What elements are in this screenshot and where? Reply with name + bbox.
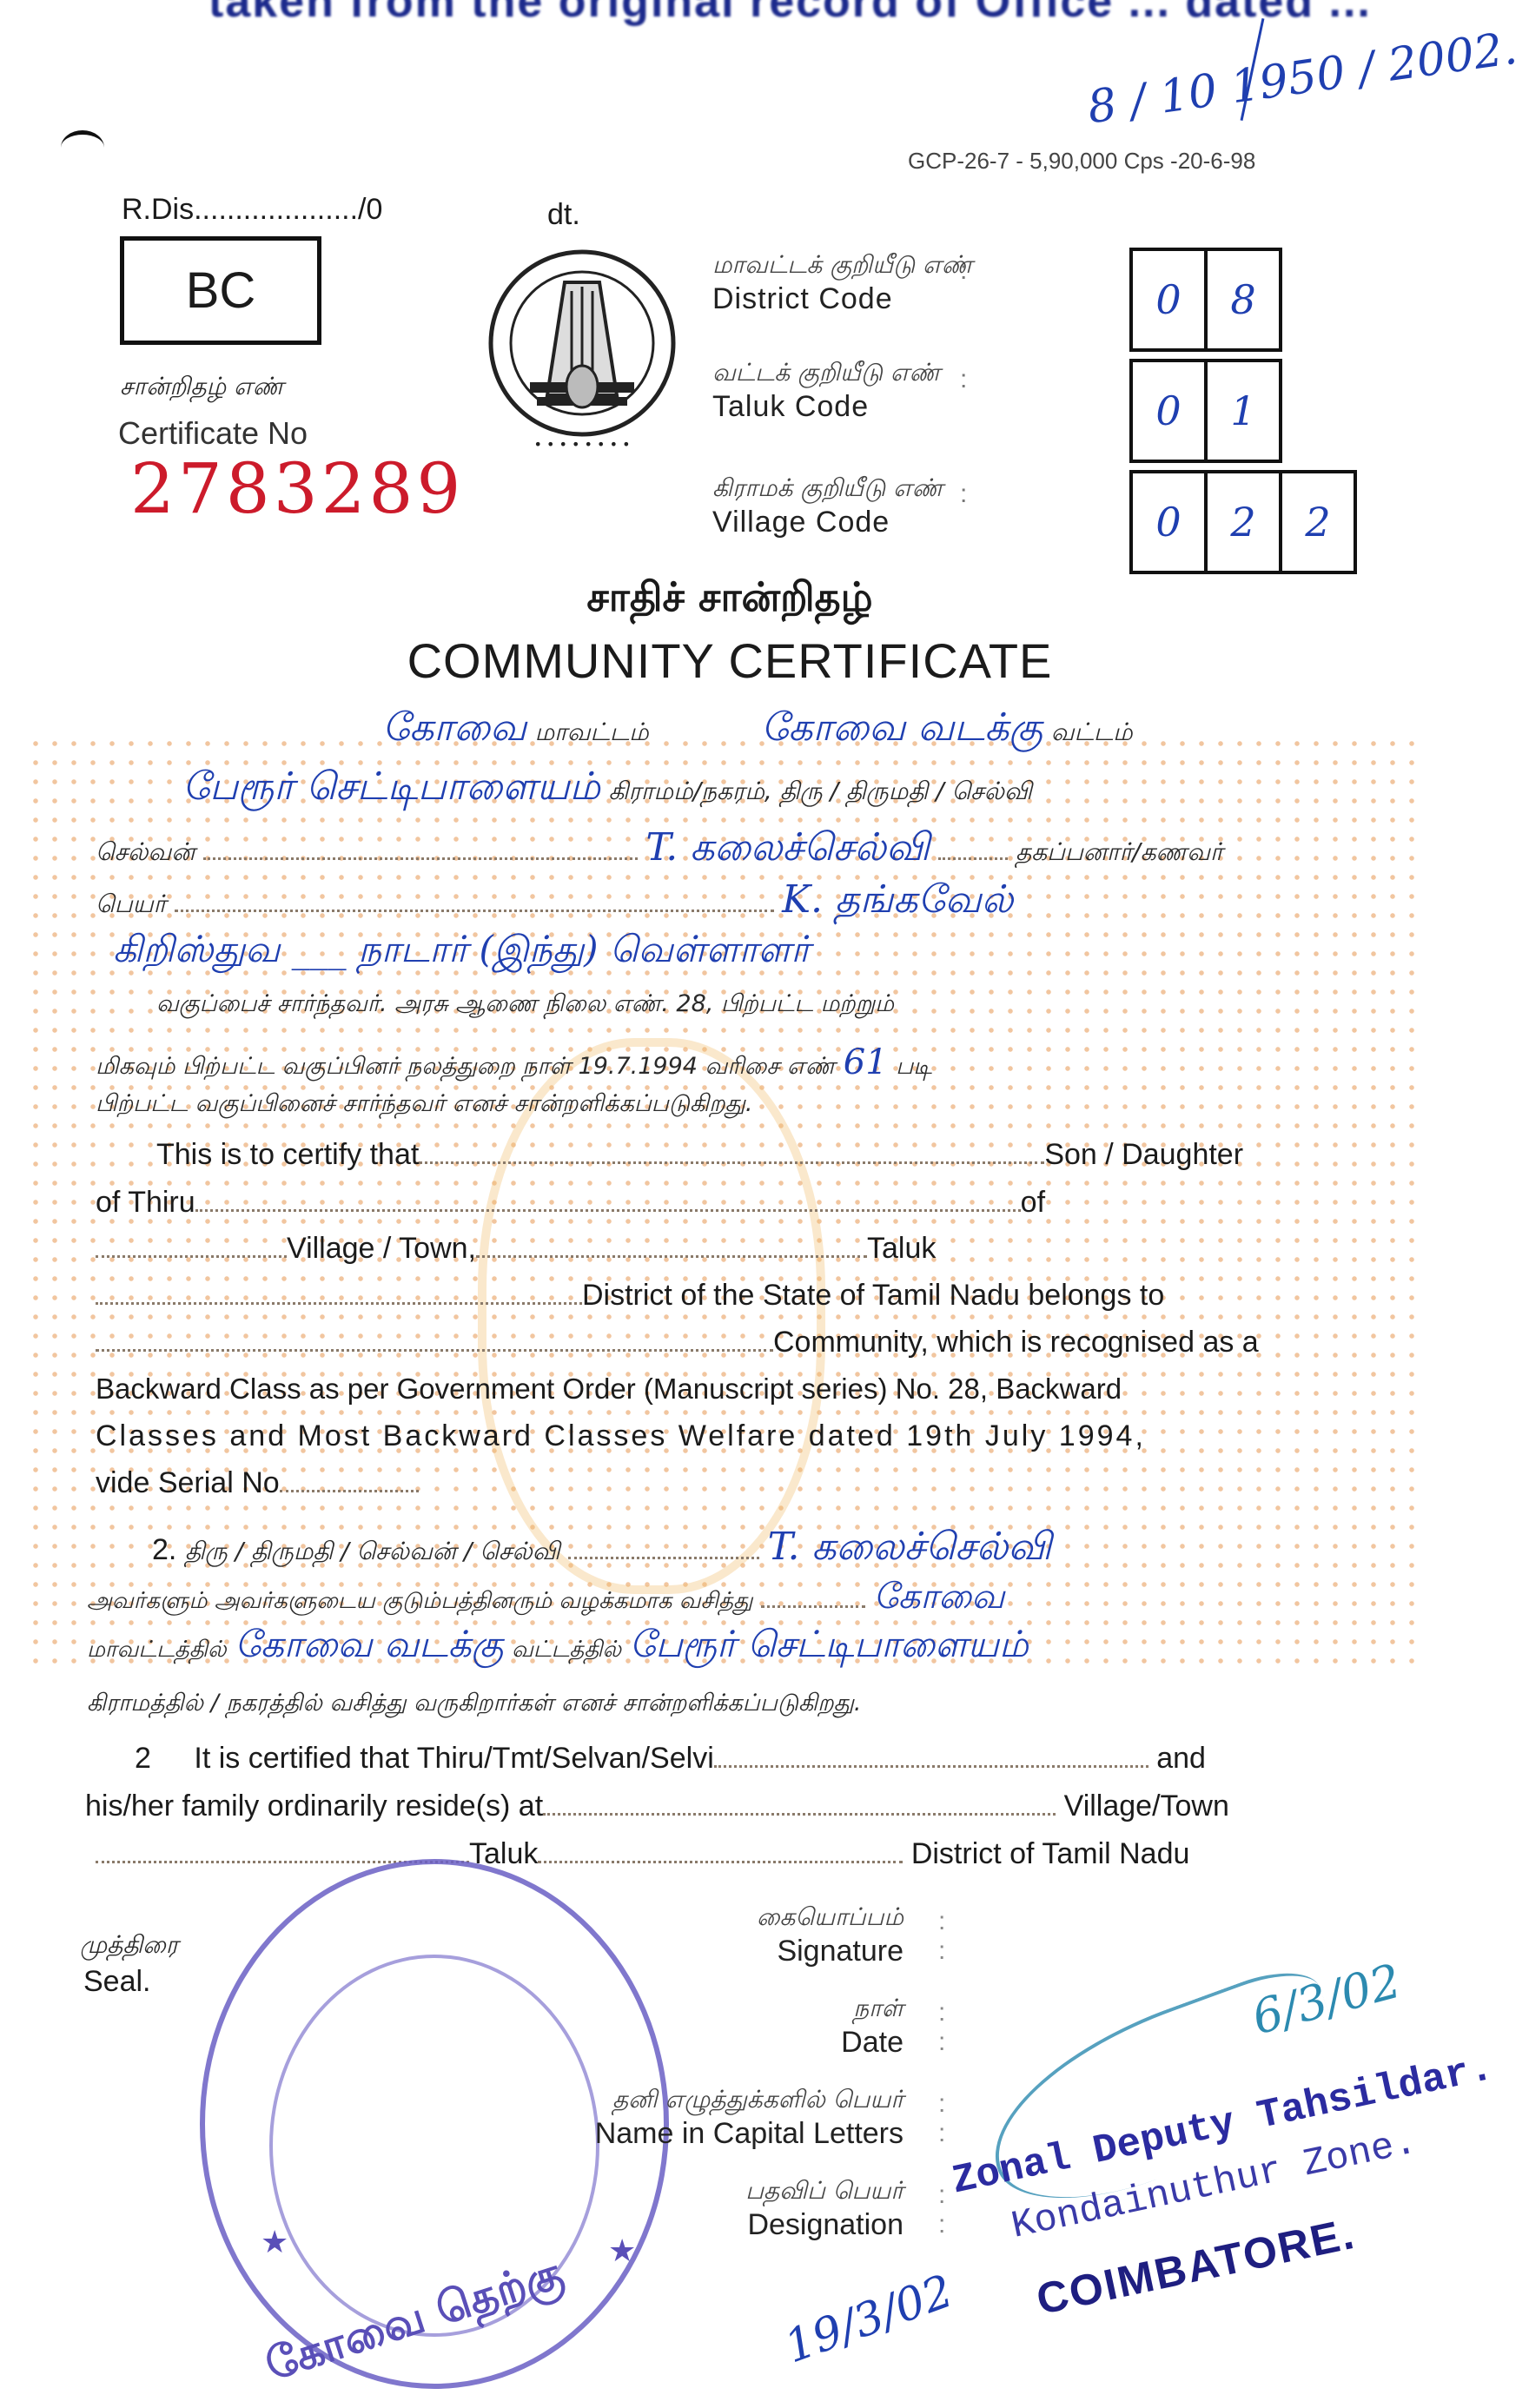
- certificate-no-label-ta: சான்றிதழ் எண்: [120, 372, 284, 404]
- village-code-digit-3: 2: [1279, 470, 1357, 574]
- residence-english-line-2: his/her family ordinarily reside(s) at V…: [85, 1789, 1229, 1823]
- tamil-line-community: கிறிஸ்துவ ___ நாடார் (இந்து) வெள்ளாளர்: [113, 928, 810, 976]
- colon: :: [960, 365, 967, 394]
- english-line-1: This is to certify thatSon / Daughter: [156, 1138, 1243, 1172]
- certificate-no-label: Certificate No: [118, 415, 308, 452]
- tamil-line-person: செல்வன் T. கலைச்செல்வி தகப்பனார்/கணவர்: [96, 825, 1223, 875]
- corner-mark: [61, 130, 104, 165]
- english-line-6: Backward Class as per Government Order (…: [96, 1373, 1122, 1406]
- title-english: COMMUNITY CERTIFICATE: [0, 632, 1459, 689]
- taluk-code-label: வட்டக் குறியீடு எண் Taluk Code: [712, 358, 940, 424]
- tamil-order-line-2: மிகவும் பிற்பட்ட வகுப்பினர் நலத்துறை நாள…: [96, 1042, 932, 1083]
- designation-label: பதவிப் பெயர் Designation: [745, 2176, 903, 2242]
- r-dis-label: R.Dis..................../0: [122, 193, 382, 227]
- svg-text:• • • • • • • •: • • • • • • • •: [533, 436, 630, 453]
- certificate-number: 2783289: [130, 448, 464, 529]
- initial-date: 19/3/02: [778, 2266, 960, 2374]
- category-badge: BC: [120, 236, 321, 345]
- signature-label: கையொப்பம் Signature: [757, 1902, 903, 1968]
- english-line-8: vide Serial No: [96, 1466, 419, 1500]
- seal-label: Seal.: [83, 1965, 151, 1999]
- village-code-label: கிராமக் குறியீடு எண் Village Code: [712, 473, 943, 539]
- top-cut-off-text: taken from the original record of Office…: [208, 0, 1372, 28]
- print-code: GCP-26-7 - 5,90,000 Cps -20-6-98: [908, 148, 1255, 175]
- star-icon: ★: [261, 2224, 288, 2260]
- tamil-order-line-1: வகுப்பைச் சார்ந்தவர். அரசு ஆணை நிலை எண்.…: [156, 990, 894, 1021]
- english-line-7: Classes and Most Backward Classes Welfar…: [96, 1419, 1146, 1453]
- residence-english-line-1: 2 It is certified that Thiru/Tmt/Selvan/…: [135, 1742, 1206, 1776]
- colon: ::: [938, 1998, 945, 2057]
- english-line-3: Village / Town,Taluk: [96, 1232, 936, 1266]
- district-code-label: மாவட்டக் குறியீடு எண் District Code: [712, 250, 973, 316]
- village-code-digit-2: 2: [1204, 470, 1282, 574]
- tamil-order-line-3: பிற்பட்ட வகுப்பினைச் சார்ந்தவர் எனச் சான…: [96, 1090, 753, 1121]
- taluk-code-digit-2: 1: [1204, 359, 1282, 463]
- residence-tamil-line-3: மாவட்டத்தில் கோவை வடக்கு வட்டத்தில் பேரூ…: [87, 1623, 1029, 1670]
- tamil-line-district: கோவை மாவட்டம் கோவை வடக்கு வட்டம்: [382, 705, 1133, 755]
- tamil-line-village: பேரூர் செட்டிபாளையம் கிராமம்/நகரம், திரு…: [182, 764, 1032, 814]
- colon: :: [960, 256, 967, 286]
- colon: ::: [938, 1907, 945, 1966]
- residence-tamil-line-1: 2. திரு / திருமதி / செல்வன் / செல்வி T. …: [152, 1525, 1051, 1574]
- residence-tamil-line-4: கிராமத்தில் / நகரத்தில் வசித்து வருகிறார…: [87, 1690, 861, 1720]
- english-line-2: of Thiruof: [96, 1186, 1045, 1220]
- colon: :: [960, 480, 967, 509]
- tamil-nadu-emblem-icon: • • • • • • • •: [469, 248, 695, 456]
- english-line-4: District of the State of Tamil Nadu belo…: [96, 1279, 1164, 1313]
- title-tamil: சாதிச் சான்றிதழ்: [0, 573, 1459, 626]
- district-code-digit-1: 0: [1129, 248, 1208, 352]
- district-code-digit-2: 8: [1204, 248, 1282, 352]
- dt-label: dt.: [547, 198, 580, 232]
- residence-english-line-3: Taluk District of Tamil Nadu: [96, 1837, 1189, 1871]
- taluk-code-digit-1: 0: [1129, 359, 1208, 463]
- village-code-digit-1: 0: [1129, 470, 1208, 574]
- residence-tamil-line-2: அவர்களும் அவர்களுடைய குடும்பத்தினரும் வழ…: [87, 1577, 1004, 1621]
- colon: ::: [938, 2089, 945, 2148]
- date-label: நாள் Date: [841, 1994, 903, 2060]
- name-label: தனி எழுத்துக்களில் பெயர் Name in Capital…: [595, 2085, 903, 2151]
- english-line-5: Community, which is recognised as a: [96, 1326, 1259, 1359]
- handwritten-note: 8 / 10 1950 / 2002.: [1084, 23, 1520, 135]
- seal-label-ta: முத்திரை: [80, 1930, 178, 1962]
- colon: ::: [938, 2180, 945, 2239]
- category-text: BC: [186, 261, 256, 320]
- star-icon: ★: [608, 2233, 636, 2269]
- tamil-line-father: பெயர் K. தங்கவேல்: [96, 877, 1013, 927]
